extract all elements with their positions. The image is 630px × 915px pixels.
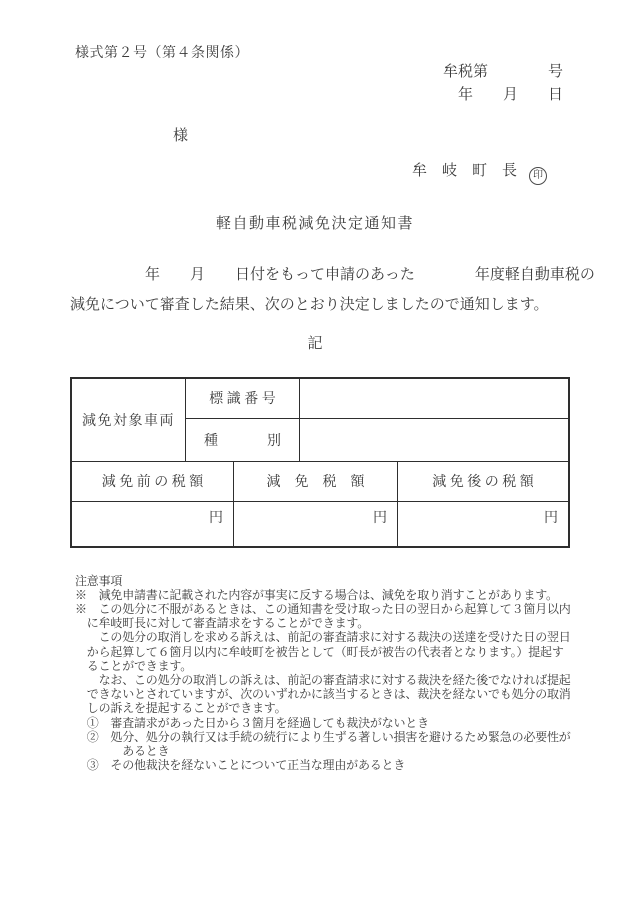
vehicle-type-value [300, 419, 568, 461]
yen-unit: 円 [544, 507, 558, 527]
vehicle-type-label: 種 別 [186, 419, 300, 461]
note-line: あるとき [75, 744, 580, 758]
notes-heading: 注意事項 [75, 574, 580, 588]
note-line: から起算して６箇月以内に牟岐町を被告として（町長が被告の代表者となります。）提起… [75, 645, 580, 659]
note-line: しの訴えを提起することができます。 [75, 701, 580, 715]
addressee-line: 様 [173, 128, 630, 144]
plate-number-value [300, 379, 568, 419]
note-line: なお、この処分の取消しの訴えは、前記の審査請求に対する裁決を経た後でなければ提起 [75, 673, 580, 687]
yen-unit: 円 [209, 507, 223, 527]
note-line: この処分の取消しを求める訴えは、前記の審査請求に対する裁決の送達を受けた日の翌日 [75, 630, 580, 644]
note-line: できないとされていますが、次のいずれかに該当するときは、裁決を経ないでも処分の取… [75, 687, 580, 701]
note-line: ① 審査請求があった日から３箇月を経過しても裁決がないとき [75, 716, 580, 730]
note-line: ※ 減免申請書に記載された内容が事実に反する場合は、減免を取り消すことがあります… [75, 588, 580, 602]
vehicle-label-cell: 減免対象車両 [72, 379, 186, 461]
seal-icon: 印 [529, 167, 547, 185]
date-line: 年 月 日 [0, 87, 630, 103]
tax-before-label: 減 免 前 の 税 額 [72, 462, 234, 502]
tax-after-value: 円 [398, 502, 568, 546]
tax-amount-section: 減 免 前 の 税 額 減 免 税 額 減 免 後 の 税 額 円 円 円 [72, 462, 568, 546]
body-line: 年 月 日付をもって申請のあった 年度軽自動車税の [70, 260, 572, 290]
plate-number-label: 標 識 番 号 [186, 379, 300, 419]
document-title: 軽自動車税減免決定通知書 [0, 216, 630, 232]
section-marker: 記 [0, 336, 630, 352]
note-line: ることができます。 [75, 659, 580, 673]
body-paragraph: 年 月 日付をもって申請のあった 年度軽自動車税の 減免について審査した結果、次… [70, 260, 572, 320]
yen-unit: 円 [373, 507, 387, 527]
vehicle-section: 減免対象車両 標 識 番 号 種 別 [72, 379, 568, 462]
tax-exempt-label: 減 免 税 額 [234, 462, 398, 502]
exemption-table: 減免対象車両 標 識 番 号 種 別 減 免 前 の 税 額 減 免 税 額 減… [70, 377, 570, 548]
document-number-line: 牟税第 号 [0, 64, 630, 80]
note-line: ※ この処分に不服があるときは、この通知書を受け取った日の翌日から起算して３箇月… [75, 602, 580, 616]
type-label-start: 種 [204, 430, 218, 450]
tax-after-label: 減 免 後 の 税 額 [398, 462, 568, 502]
note-line: ③ その他裁決を経ないことについて正当な理由があるとき [75, 758, 580, 772]
issuer-line: 牟 岐 町 長印 [412, 163, 630, 185]
note-line: に牟岐町長に対して審査請求をすることができます。 [75, 616, 580, 630]
seal-character: 印 [533, 167, 543, 184]
body-line: 減免について審査した結果、次のとおり決定しましたので通知します。 [70, 290, 572, 320]
form-number: 様式第２号（第４条関係） [75, 46, 630, 62]
note-line: ② 処分、処分の執行又は手続の続行により生ずる著しい損害を避けるため緊急の必要性… [75, 730, 580, 744]
tax-before-value: 円 [72, 502, 234, 546]
notes-section: 注意事項 ※ 減免申請書に記載された内容が事実に反する場合は、減免を取り消すこと… [75, 574, 580, 773]
tax-exempt-value: 円 [234, 502, 398, 546]
issuer-title: 牟 岐 町 長 [412, 163, 517, 179]
type-label-end: 別 [267, 430, 281, 450]
document-page: 様式第２号（第４条関係） 牟税第 号 年 月 日 様 牟 岐 町 長印 軽自動車… [0, 0, 630, 915]
